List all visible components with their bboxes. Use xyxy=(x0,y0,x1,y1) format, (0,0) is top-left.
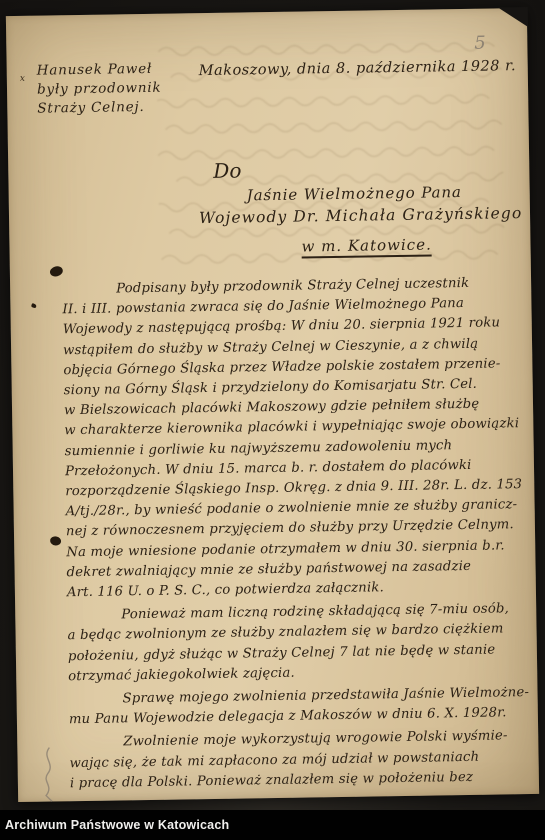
sender-line: Straży Celnej. xyxy=(37,98,162,119)
archive-caption: Archiwum Państwowe w Katowicach xyxy=(0,818,229,832)
pencil-squiggle xyxy=(35,745,62,803)
letter-body: Podpisany były przodownik Straży Celnej … xyxy=(62,270,532,794)
recipient-line: Jaśnie Wielmożnego Pana xyxy=(247,183,462,204)
ink-blot xyxy=(49,536,61,547)
document-page: 5 x Hanusek Pawełbyły przodownikStraży C… xyxy=(6,8,539,802)
margin-mark: x xyxy=(20,74,25,84)
archive-footer-bar: Archiwum Państwowe w Katowicach xyxy=(0,810,545,840)
sender-block: Hanusek Pawełbyły przodownikStraży Celne… xyxy=(37,60,162,119)
salutation-to: Do xyxy=(213,158,241,182)
ink-blot xyxy=(49,265,64,278)
sender-line: Hanusek Paweł xyxy=(37,60,162,81)
photo-backdrop: 5 x Hanusek Pawełbyły przodownikStraży C… xyxy=(0,0,545,840)
recipient-city: w m. Katowice. xyxy=(301,235,432,258)
ink-speck xyxy=(31,303,37,308)
torn-corner xyxy=(498,7,528,27)
page-number: 5 xyxy=(474,33,486,54)
sender-line: były przodownik xyxy=(37,79,162,100)
